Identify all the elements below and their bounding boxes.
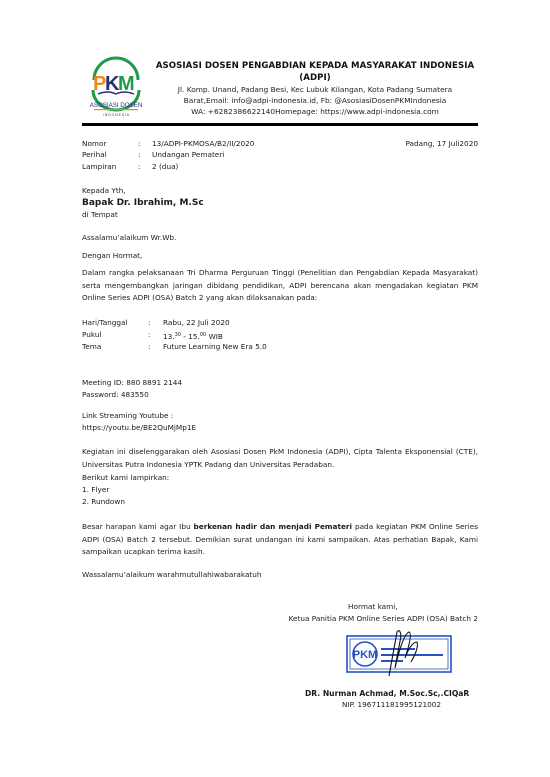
meta-value-nomor: 13/ADPI-PKMOSA/B2/II/2020 <box>152 139 254 149</box>
schedule-label-theme: Tema <box>82 342 101 352</box>
hormat: Dengan Hormat, <box>82 251 142 261</box>
closing-paragraph: Besar harapan kami agar Ibu berkenan had… <box>82 521 478 559</box>
organization-stamp: PKM <box>345 628 455 678</box>
recipient-name: Bapak Dr. Ibrahim, M.Sc <box>82 197 204 209</box>
letterhead-text: ASOSIASI DOSEN PENGABDIAN KEPADA MASYARA… <box>150 60 480 117</box>
place-date: Padang, 17 Juli2020 <box>405 139 478 149</box>
attachment-item: 2. Rundown <box>82 497 125 507</box>
meeting-password: Password: 483550 <box>82 390 149 400</box>
meta-label-nomor: Nomor <box>82 139 107 149</box>
closing-emphasis: berkenan hadir dan menjadi Pemateri <box>194 522 352 531</box>
meta-label-perihal: Perihal <box>82 150 107 160</box>
wassalam: Wassalamu’alaikum warahmutullahiwabaraka… <box>82 570 262 580</box>
intro-paragraph: Dalam rangka pelaksanaan Tri Dharma Perg… <box>82 267 478 305</box>
org-address-3: WA: +6282386622140Homepage: https://www.… <box>150 106 480 117</box>
regards: Hormat kami, <box>348 602 398 612</box>
salam: Assalamu’alaikum Wr.Wb. <box>82 233 176 243</box>
streaming-label: Link Streaming Youtube : <box>82 411 173 421</box>
svg-text:I N D O N E S I A: I N D O N E S I A <box>103 113 130 117</box>
recipient-greeting: Kepada Yth, <box>82 186 126 196</box>
meta-value-perihal: Undangan Pemateri <box>152 150 224 160</box>
signer-position: Ketua Panitia PKM Online Series ADPI (OS… <box>289 614 478 624</box>
attachment-item: 1. Flyer <box>82 485 109 495</box>
adpi-pkm-logo: P K M ASOSIASI DOSEN I N D O N E S I A <box>88 56 144 118</box>
schedule-label-date: Hari/Tanggal <box>82 318 128 328</box>
signer-nip: NIP. 196711181995121002 <box>342 700 441 710</box>
schedule-value-theme: Future Learning New Era 5.0 <box>163 342 267 352</box>
svg-text:PKM: PKM <box>353 649 377 661</box>
schedule-sep: : <box>148 318 150 328</box>
svg-text:ASOSIASI DOSEN: ASOSIASI DOSEN <box>90 102 143 109</box>
org-name: ASOSIASI DOSEN PENGABDIAN KEPADA MASYARA… <box>150 60 480 72</box>
meeting-id: Meeting ID: 880 8891 2144 <box>82 378 182 388</box>
schedule-label-time: Pukul <box>82 330 102 340</box>
schedule-value-date: Rabu, 22 Juli 2020 <box>163 318 230 328</box>
letter-page: P K M ASOSIASI DOSEN I N D O N E S I A A… <box>0 0 550 777</box>
org-address-1: Jl. Komp. Unand, Padang Besi, Kec Lubuk … <box>150 84 480 95</box>
signer-name: DR. Nurman Achmad, M.Soc.Sc,.CIQaR <box>305 689 469 699</box>
meta-value-lampiran: 2 (dua) <box>152 162 178 172</box>
meta-sep: : <box>138 150 140 160</box>
schedule-sep: : <box>148 330 150 340</box>
meta-sep: : <box>138 139 140 149</box>
schedule-sep: : <box>148 342 150 352</box>
meta-sep: : <box>138 162 140 172</box>
org-abbr: (ADPI) <box>150 72 480 84</box>
org-address-2: Barat,Email: info@adpi-indonesia.id, Fb:… <box>150 95 480 106</box>
streaming-link[interactable]: https://youtu.be/BE2QuMjMp1E <box>82 423 196 433</box>
meta-label-lampiran: Lampiran <box>82 162 116 172</box>
attachments-label: Berikut kami lampirkan: <box>82 473 169 483</box>
organizers-paragraph: Kegiatan ini diselenggarakan oleh Asosia… <box>82 446 478 471</box>
recipient-location: di Tempat <box>82 210 118 220</box>
schedule-value-time: 13.30 - 15.00 WIB <box>163 330 223 342</box>
header-divider <box>82 123 478 126</box>
